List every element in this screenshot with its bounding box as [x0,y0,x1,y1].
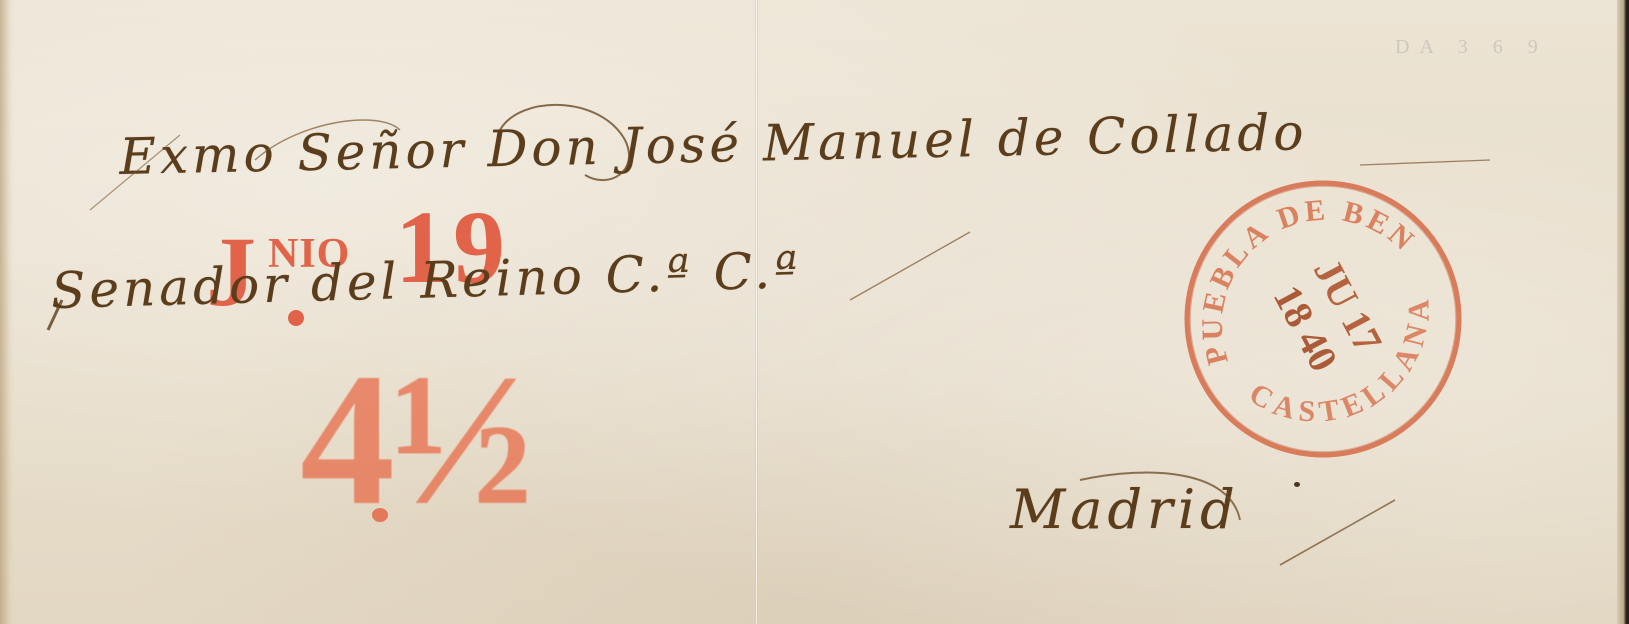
vertical-fold-crease [755,0,758,624]
postmark-ring-icon: PUEBLA DE BEN CASTELLANA JU 17 18 40 [1180,176,1466,462]
postage-charge-mark: 4½ [300,350,530,530]
paper-left-edge [0,0,14,624]
charge-mark-dot [372,508,388,522]
letter-cover: DA 3 6 9 J NIO 19 4½ PUEBLA DE BEN CASTE… [0,0,1629,624]
address-line-recipient: Exmo Señor Don José Manuel de Collado [119,103,1308,186]
address-line-title: Senador del Reino C.ª C.ª [50,241,802,320]
address-line-city: Madrid [1010,478,1240,541]
circular-postmark: PUEBLA DE BEN CASTELLANA JU 17 18 40 [1180,176,1466,462]
paper-right-edge [1617,0,1629,624]
ink-dot [1294,482,1300,487]
faint-offset-text: DA 3 6 9 [1395,36,1548,59]
